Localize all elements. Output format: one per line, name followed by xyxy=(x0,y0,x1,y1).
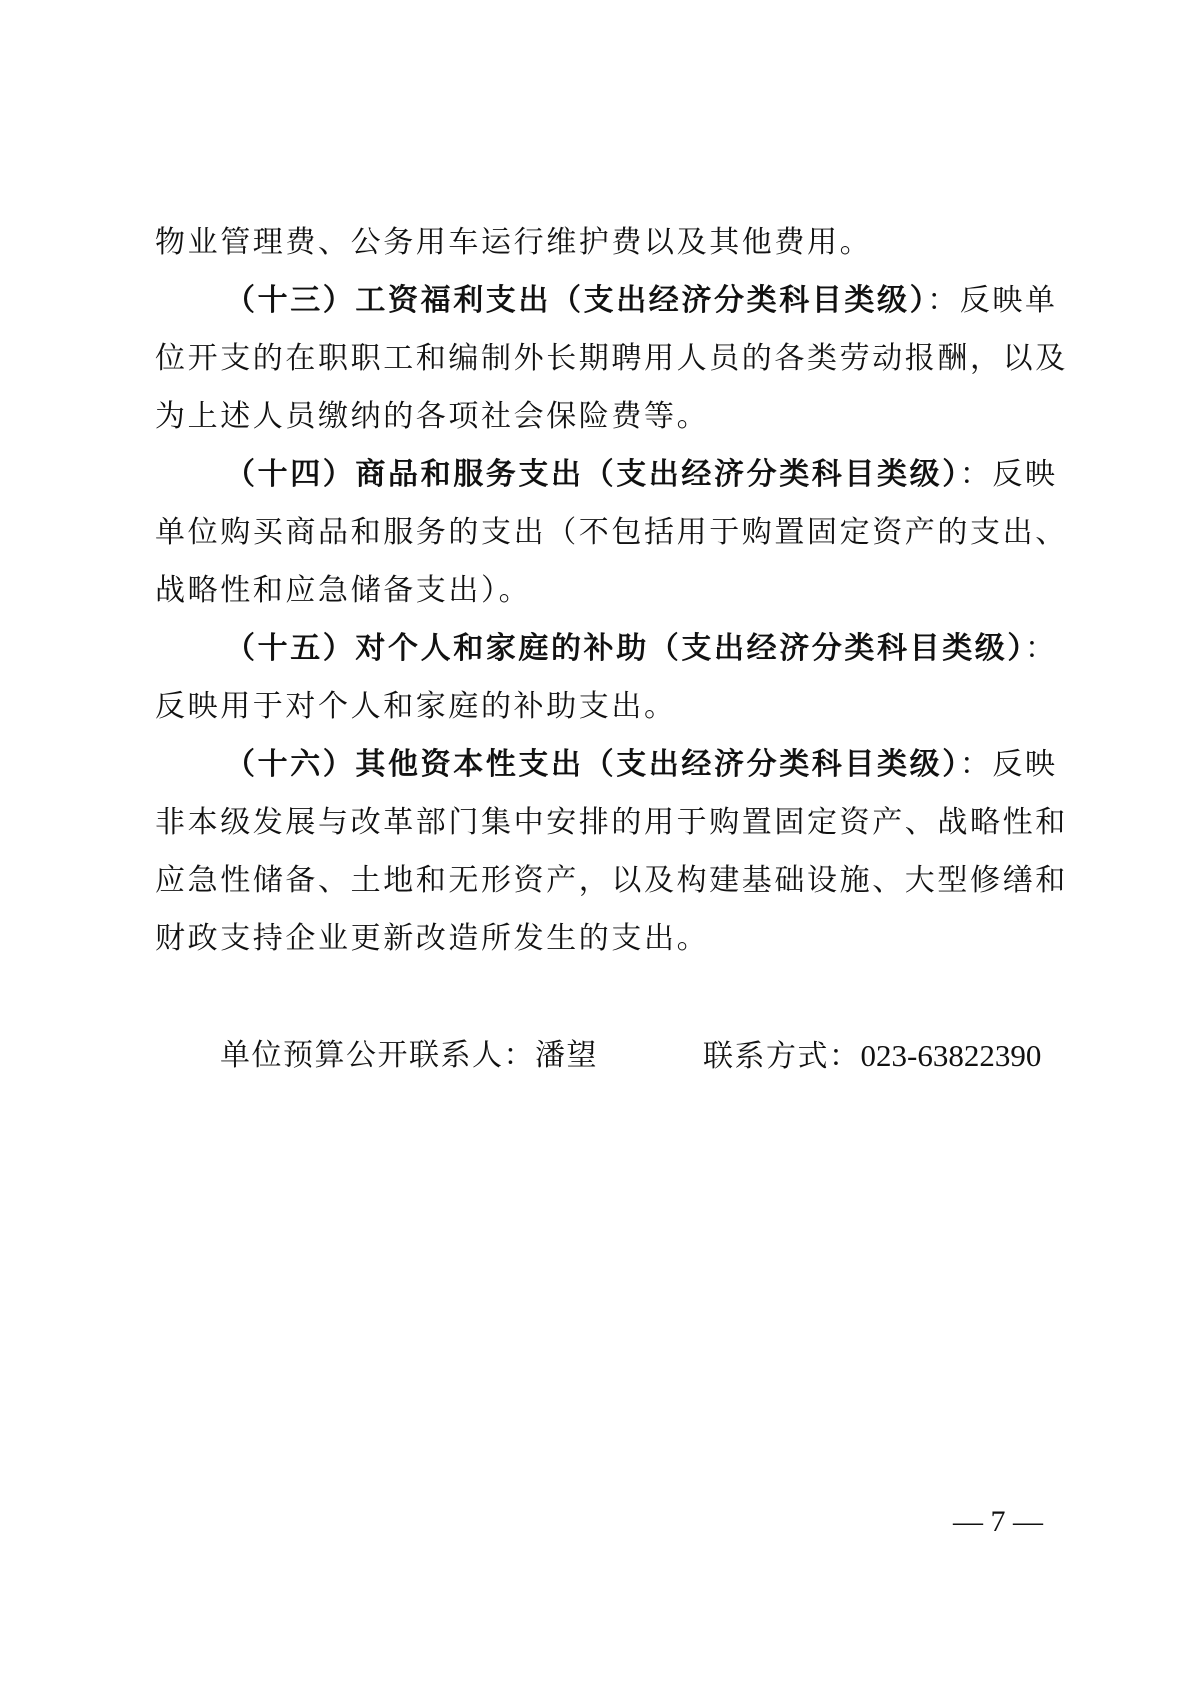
section-text: ：反映 xyxy=(960,747,1058,782)
text-line: 单位购买商品和服务的支出（不包括用于购置固定资产的支出、 xyxy=(155,504,1035,562)
contact-method: 联系方式：023-63822390 xyxy=(703,1035,1041,1078)
text-line: 财政支持企业更新改造所发生的支出。 xyxy=(155,910,1035,968)
body-text: 物业管理费、公务用车运行维护费以及其他费用。 （十三）工资福利支出（支出经济分类… xyxy=(155,214,1035,968)
text-line: 位开支的在职职工和编制外长期聘用人员的各类劳动报酬，以及 xyxy=(155,330,1035,388)
section-heading: （十三）工资福利支出（支出经济分类科目类级） xyxy=(225,283,927,318)
section-text: ：反映单 xyxy=(927,283,1057,318)
contact-method-label: 联系方式： xyxy=(703,1039,861,1074)
section-15-heading-line: （十五）对个人和家庭的补助（支出经济分类科目类级）： xyxy=(155,620,1035,678)
section-heading: （十六）其他资本性支出（支出经济分类科目类级） xyxy=(225,747,960,782)
contact-person: 单位预算公开联系人：潘望 xyxy=(220,1035,598,1077)
contact-person-label: 单位预算公开联系人： xyxy=(220,1038,535,1073)
text-line: 为上述人员缴纳的各项社会保险费等。 xyxy=(155,388,1035,446)
text-line: 反映用于对个人和家庭的补助支出。 xyxy=(155,678,1035,736)
section-14-heading-line: （十四）商品和服务支出（支出经济分类科目类级）：反映 xyxy=(155,446,1035,504)
text-line: 应急性储备、土地和无形资产，以及构建基础设施、大型修缮和 xyxy=(155,852,1035,910)
text-line: 物业管理费、公务用车运行维护费以及其他费用。 xyxy=(155,214,1035,272)
section-16-heading-line: （十六）其他资本性支出（支出经济分类科目类级）：反映 xyxy=(155,736,1035,794)
section-heading: （十四）商品和服务支出（支出经济分类科目类级） xyxy=(225,457,960,492)
page-number: — 7 — xyxy=(953,1505,1039,1539)
contact-phone: 023-63822390 xyxy=(861,1038,1042,1073)
document-page: 物业管理费、公务用车运行维护费以及其他费用。 （十三）工资福利支出（支出经济分类… xyxy=(0,0,1190,1683)
text-line: 战略性和应急储备支出）。 xyxy=(155,562,1035,620)
contact-person-name: 潘望 xyxy=(535,1038,598,1073)
contact-info: 单位预算公开联系人：潘望 联系方式：023-63822390 xyxy=(0,1035,1190,1077)
section-13-heading-line: （十三）工资福利支出（支出经济分类科目类级）：反映单 xyxy=(155,272,1035,330)
text-line: 非本级发展与改革部门集中安排的用于购置固定资产、战略性和 xyxy=(155,794,1035,852)
section-text: ： xyxy=(1025,631,1058,666)
section-text: ：反映 xyxy=(960,457,1058,492)
section-heading: （十五）对个人和家庭的补助（支出经济分类科目类级） xyxy=(225,631,1025,666)
